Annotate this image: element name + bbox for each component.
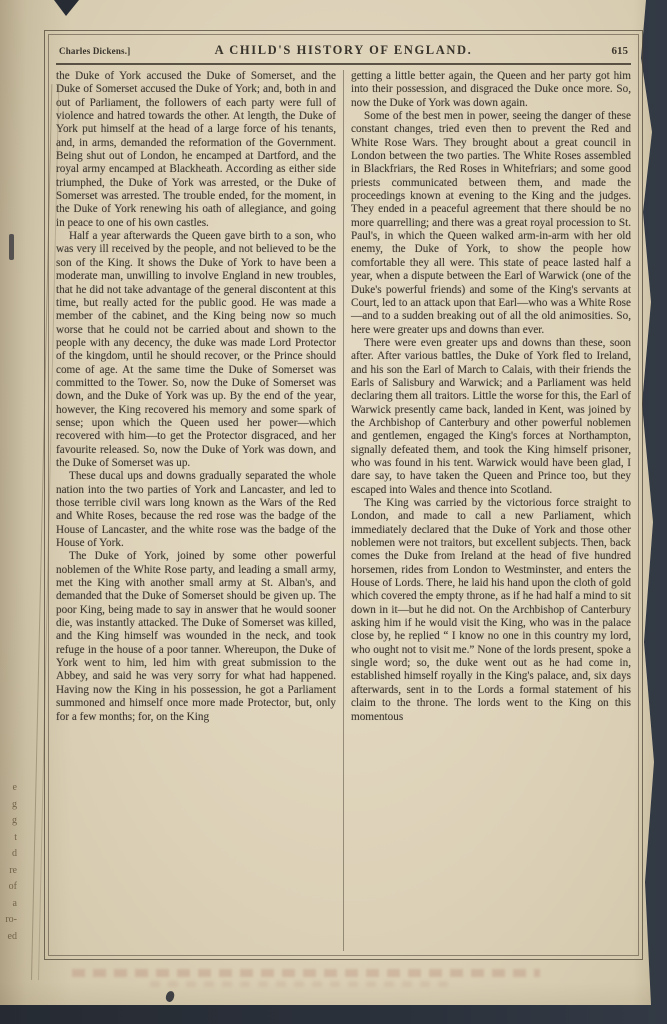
paragraph: These ducal ups and downs gradually sepa…: [56, 470, 336, 550]
paragraph: getting a little better again, the Queen…: [351, 70, 631, 110]
gutter-fragment: g: [2, 797, 17, 814]
page-edge-mark: [9, 234, 14, 260]
gutter-fragment: ro-: [2, 912, 17, 929]
gutter-fragment: t: [2, 830, 17, 847]
gutter-text-fragments: eggtdreofaro-ed: [2, 780, 17, 945]
gutter-fragment: g: [2, 813, 17, 830]
page-border-frame: Charles Dickens.] A CHILD'S HISTORY OF E…: [44, 30, 643, 960]
page-border-frame-inner: Charles Dickens.] A CHILD'S HISTORY OF E…: [48, 34, 639, 956]
paragraph: There were even greater ups and downs th…: [351, 337, 631, 497]
gutter-fragment: ed: [2, 929, 17, 946]
text-column-right: getting a little better again, the Queen…: [351, 70, 631, 951]
paragraph: The Duke of York, joined by some other p…: [56, 550, 336, 723]
running-header: Charles Dickens.] A CHILD'S HISTORY OF E…: [49, 35, 638, 61]
text-column-left: the Duke of York accused the Duke of Som…: [56, 70, 336, 951]
text-columns: the Duke of York accused the Duke of Som…: [49, 65, 638, 955]
paragraph: Some of the best men in power, seeing th…: [351, 110, 631, 337]
ink-bleedthrough-mark-2: [150, 981, 450, 987]
header-author: Charles Dickens.]: [59, 46, 171, 56]
scanned-book-page: eggtdreofaro-ed Charles Dickens.] A CHIL…: [0, 0, 667, 1024]
ink-bleedthrough-mark: [72, 969, 540, 977]
gutter-fragment: of: [2, 879, 17, 896]
column-divider-rule: [343, 70, 344, 951]
gutter-fragment: e: [2, 780, 17, 797]
gutter-fragment: d: [2, 846, 17, 863]
page-number: 615: [516, 45, 628, 57]
gutter-fragment: re: [2, 863, 17, 880]
paragraph: The King was carried by the victorious f…: [351, 497, 631, 724]
page-title: A CHILD'S HISTORY OF ENGLAND.: [171, 43, 516, 58]
gutter-fragment: a: [2, 896, 17, 913]
paragraph: Half a year afterwards the Queen gave bi…: [56, 230, 336, 470]
paragraph: the Duke of York accused the Duke of Som…: [56, 70, 336, 230]
